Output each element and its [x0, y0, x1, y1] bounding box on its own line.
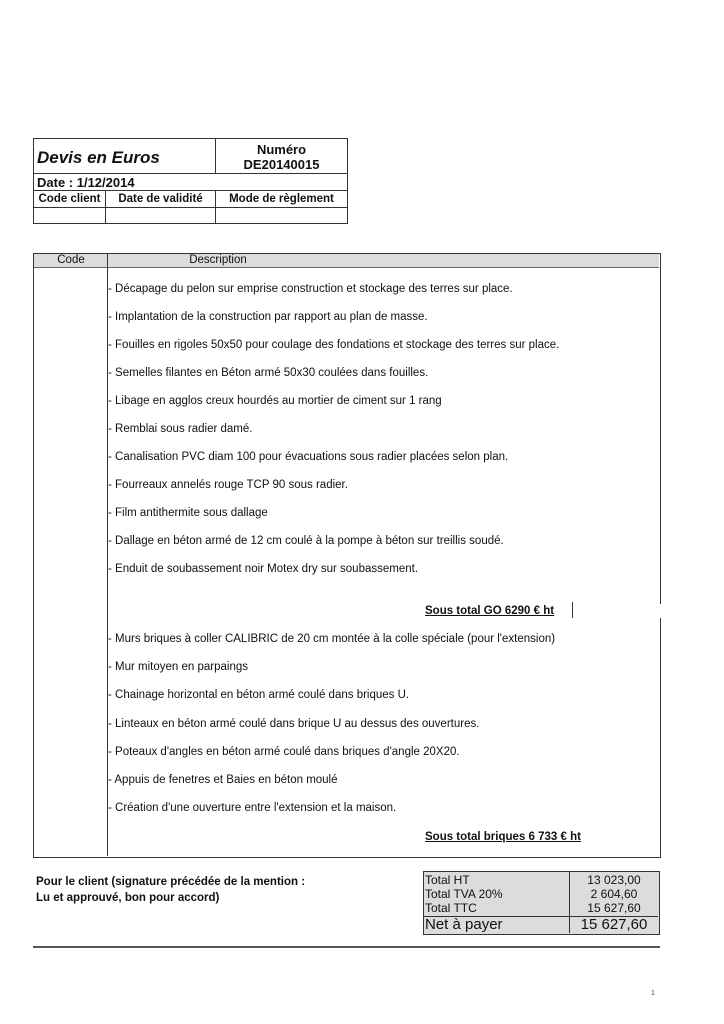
total-tva-label: Total TVA 20% — [425, 888, 503, 901]
line-item: - Linteaux en béton armé coulé dans briq… — [108, 717, 479, 731]
page-number: 1 — [651, 990, 655, 997]
line-item: - Poteaux d'angles en béton armé coulé d… — [108, 745, 460, 759]
quote-header: Devis en Euros Numéro DE20140015 Date : … — [33, 138, 348, 224]
line-item: - Canalisation PVC diam 100 pour évacuat… — [108, 450, 508, 464]
mode-reglement-value — [216, 208, 347, 224]
text-cursor — [572, 602, 573, 618]
date-validite-value — [106, 208, 216, 224]
line-item: - Enduit de soubassement noir Motex dry … — [108, 562, 418, 576]
line-item: - Dallage en béton armé de 12 cm coulé à… — [108, 534, 504, 548]
footer-rule — [33, 946, 660, 948]
line-item: - Libage en agglos creux hourdés au mort… — [108, 394, 442, 408]
line-item: - Remblai sous radier damé. — [108, 422, 252, 436]
date-validite-header: Date de validité — [106, 191, 216, 208]
border-gap — [656, 604, 662, 618]
quote-number-value: DE20140015 — [216, 157, 347, 172]
line-item: - Implantation de la construction par ra… — [108, 310, 428, 324]
signature-line-1: Pour le client (signature précédée de la… — [36, 874, 305, 890]
code-client-header: Code client — [34, 191, 106, 208]
column-header-description: Description — [108, 254, 328, 267]
total-ht-label: Total HT — [425, 874, 470, 887]
quote-number-cell: Numéro DE20140015 — [216, 139, 347, 174]
line-item: - Fourreaux annelés rouge TCP 90 sous ra… — [108, 478, 348, 492]
line-item: - Appuis de fenetres et Baies en béton m… — [108, 773, 338, 787]
code-client-value — [34, 208, 106, 224]
line-item: - Chainage horizontal en béton armé coul… — [108, 688, 409, 702]
signature-line-2: Lu et approuvé, bon pour accord) — [36, 890, 305, 906]
table-header-row: Code Description — [34, 254, 659, 268]
line-item: - Film antithermite sous dallage — [108, 506, 268, 520]
signature-mention: Pour le client (signature précédée de la… — [36, 874, 305, 906]
total-ttc-value: 15 627,60 — [570, 902, 658, 915]
net-a-payer-label: Net à payer — [425, 917, 503, 933]
mode-reglement-header: Mode de règlement — [216, 191, 347, 208]
line-item: - Semelles filantes en Béton armé 50x30 … — [108, 366, 428, 380]
quote-items-table: Code Description - Décapage du pelon sur… — [33, 253, 661, 858]
quote-date: Date : 1/12/2014 — [34, 174, 347, 191]
subtotal-briques: Sous total briques 6 733 € ht — [425, 830, 581, 844]
quote-title: Devis en Euros — [34, 139, 216, 174]
column-header-code: Code — [34, 254, 108, 267]
net-a-payer-value: 15 627,60 — [570, 917, 658, 933]
line-item: - Fouilles en rigoles 50x50 pour coulage… — [108, 338, 559, 352]
line-item: - Murs briques à coller CALIBRIC de 20 c… — [108, 632, 555, 646]
line-item: - Mur mitoyen en parpaings — [108, 660, 248, 674]
total-ht-value: 13 023,00 — [570, 874, 658, 887]
line-item: - Décapage du pelon sur emprise construc… — [108, 282, 513, 296]
quote-number-label: Numéro — [216, 142, 347, 157]
subtotal-go: Sous total GO 6290 € ht — [425, 604, 554, 618]
total-tva-value: 2 604,60 — [570, 888, 658, 901]
line-item: - Création d'une ouverture entre l'exten… — [108, 801, 396, 815]
total-ttc-label: Total TTC — [425, 902, 477, 915]
totals-box: Total HT 13 023,00 Total TVA 20% 2 604,6… — [423, 871, 660, 935]
